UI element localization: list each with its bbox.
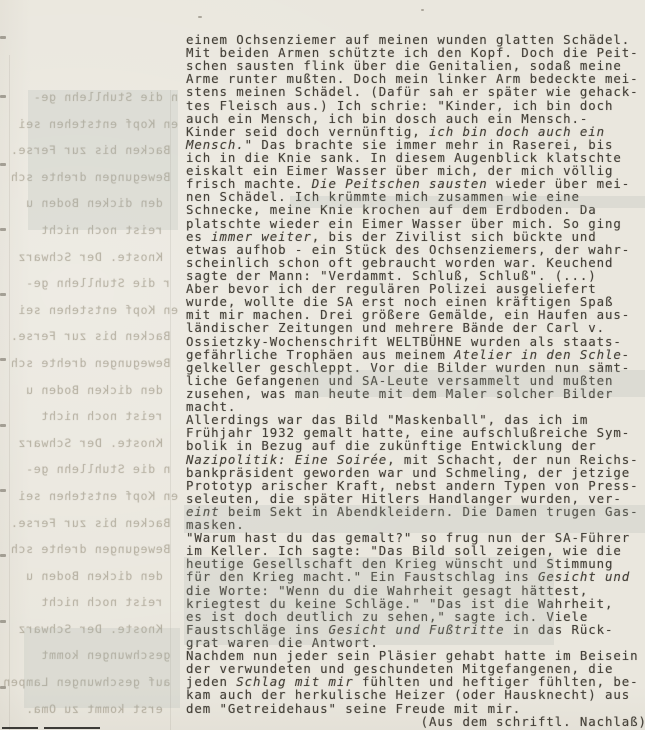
bottom-edge-line — [2, 727, 38, 729]
bleedthrough-line: Knoste. Der Schwarz — [6, 430, 178, 457]
scan-shade — [298, 370, 645, 397]
scan-shade — [28, 90, 178, 230]
bleedthrough-line: Backen bis zur Ferse. — [6, 323, 178, 350]
scan-shade — [184, 505, 645, 533]
edge-tick — [0, 163, 6, 166]
paper-speck — [421, 9, 424, 11]
bleedthrough-line: n die Stuhllehn ge- — [6, 456, 178, 483]
edge-tick — [0, 358, 6, 361]
edge-tick — [0, 95, 6, 98]
edge-tick — [0, 424, 6, 427]
edge-tick — [0, 489, 6, 492]
scan-shade — [290, 196, 645, 208]
bleedthrough-line: reist noch nicht — [6, 589, 178, 616]
bleedthrough-line: Bewegungen drehte sch — [6, 536, 178, 563]
bleedthrough-line: r die Stuhllehn ge- — [6, 270, 178, 297]
edge-tick — [0, 293, 6, 296]
bleedthrough-line: Backen bis zur Ferse. — [6, 510, 178, 537]
bleedthrough-line: den dicken Boden u — [6, 563, 178, 590]
scanned-document-page: n die Stuhllehn ge-en Kopf entstehen sei… — [0, 0, 645, 730]
bleedthrough-line: Knoste. Der Schwarz — [6, 244, 178, 271]
text-line: (Aus dem schriftl. Nachlaß) — [186, 715, 645, 728]
paper-speck — [198, 16, 202, 18]
edge-tick — [0, 620, 6, 623]
edge-tick — [0, 36, 6, 39]
bleedthrough-line: reist noch nicht — [6, 403, 178, 430]
scan-shade — [184, 557, 554, 645]
bleedthrough-line: en Kopf entstehen sei — [6, 297, 178, 324]
bleedthrough-line: en Kopf entstehen sei — [6, 483, 178, 510]
edge-tick — [0, 686, 6, 689]
edge-tick — [0, 228, 6, 231]
bleedthrough-line: Bewegungen drehte sch — [6, 350, 178, 377]
scan-shade — [24, 628, 180, 708]
bottom-edge-line — [44, 727, 100, 729]
edge-tick — [0, 554, 6, 557]
bleedthrough-line: den dicken Boden u — [6, 377, 178, 404]
paper-crease-left — [9, 55, 10, 730]
